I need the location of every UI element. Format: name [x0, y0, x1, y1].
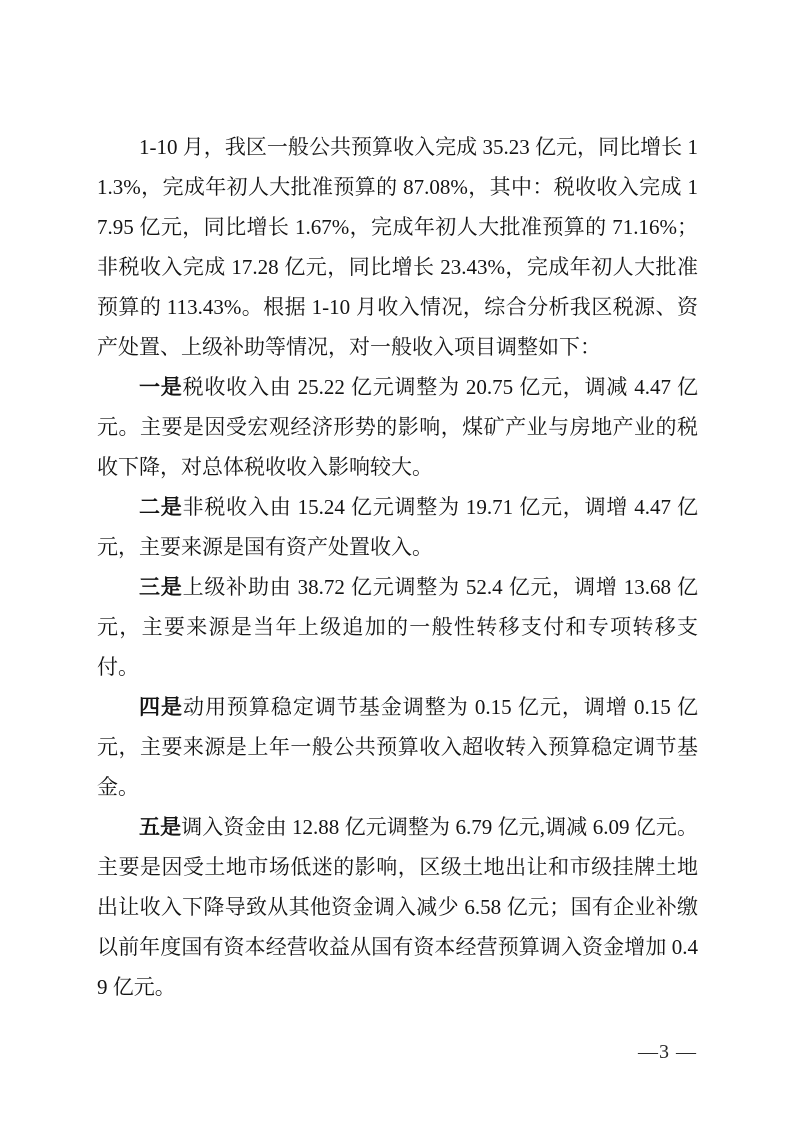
- paragraph-lead: 三是: [139, 575, 183, 599]
- paragraph-item-3: 三是上级补助由 38.72 亿元调整为 52.4 亿元，调增 13.68 亿元，…: [97, 567, 698, 687]
- paragraph-item-2: 二是非税收入由 15.24 亿元调整为 19.71 亿元，调增 4.47 亿元，…: [97, 487, 698, 567]
- page-number: —3 —: [638, 1041, 697, 1063]
- paragraph-text: 上级补助由 38.72 亿元调整为 52.4 亿元，调增 13.68 亿元，主要…: [97, 575, 698, 679]
- paragraph-text: 税收收入由 25.22 亿元调整为 20.75 亿元，调减 4.47 亿元。主要…: [97, 375, 698, 479]
- paragraph-item-1: 一是税收收入由 25.22 亿元调整为 20.75 亿元，调减 4.47 亿元。…: [97, 367, 698, 487]
- paragraph-text: 1-10 月，我区一般公共预算收入完成 35.23 亿元，同比增长 11.3%，…: [97, 135, 698, 359]
- paragraph-lead: 五是: [139, 815, 181, 839]
- document-body: 1-10 月，我区一般公共预算收入完成 35.23 亿元，同比增长 11.3%，…: [97, 127, 698, 1007]
- paragraph-lead: 四是: [139, 695, 183, 719]
- paragraph-text: 动用预算稳定调节基金调整为 0.15 亿元，调增 0.15 亿元，主要来源是上年…: [97, 695, 698, 799]
- paragraph-item-5: 五是调入资金由 12.88 亿元调整为 6.79 亿元,调减 6.09 亿元。主…: [97, 807, 698, 1007]
- paragraph-item-4: 四是动用预算稳定调节基金调整为 0.15 亿元，调增 0.15 亿元，主要来源是…: [97, 687, 698, 807]
- paragraph-lead: 二是: [139, 495, 183, 519]
- paragraph-text: 调入资金由 12.88 亿元调整为 6.79 亿元,调减 6.09 亿元。主要是…: [97, 815, 698, 999]
- paragraph-text: 非税收入由 15.24 亿元调整为 19.71 亿元，调增 4.47 亿元，主要…: [97, 495, 698, 559]
- document-page: 1-10 月，我区一般公共预算收入完成 35.23 亿元，同比增长 11.3%，…: [0, 0, 793, 1122]
- paragraph-lead: 一是: [139, 375, 183, 399]
- paragraph-intro: 1-10 月，我区一般公共预算收入完成 35.23 亿元，同比增长 11.3%，…: [97, 127, 698, 367]
